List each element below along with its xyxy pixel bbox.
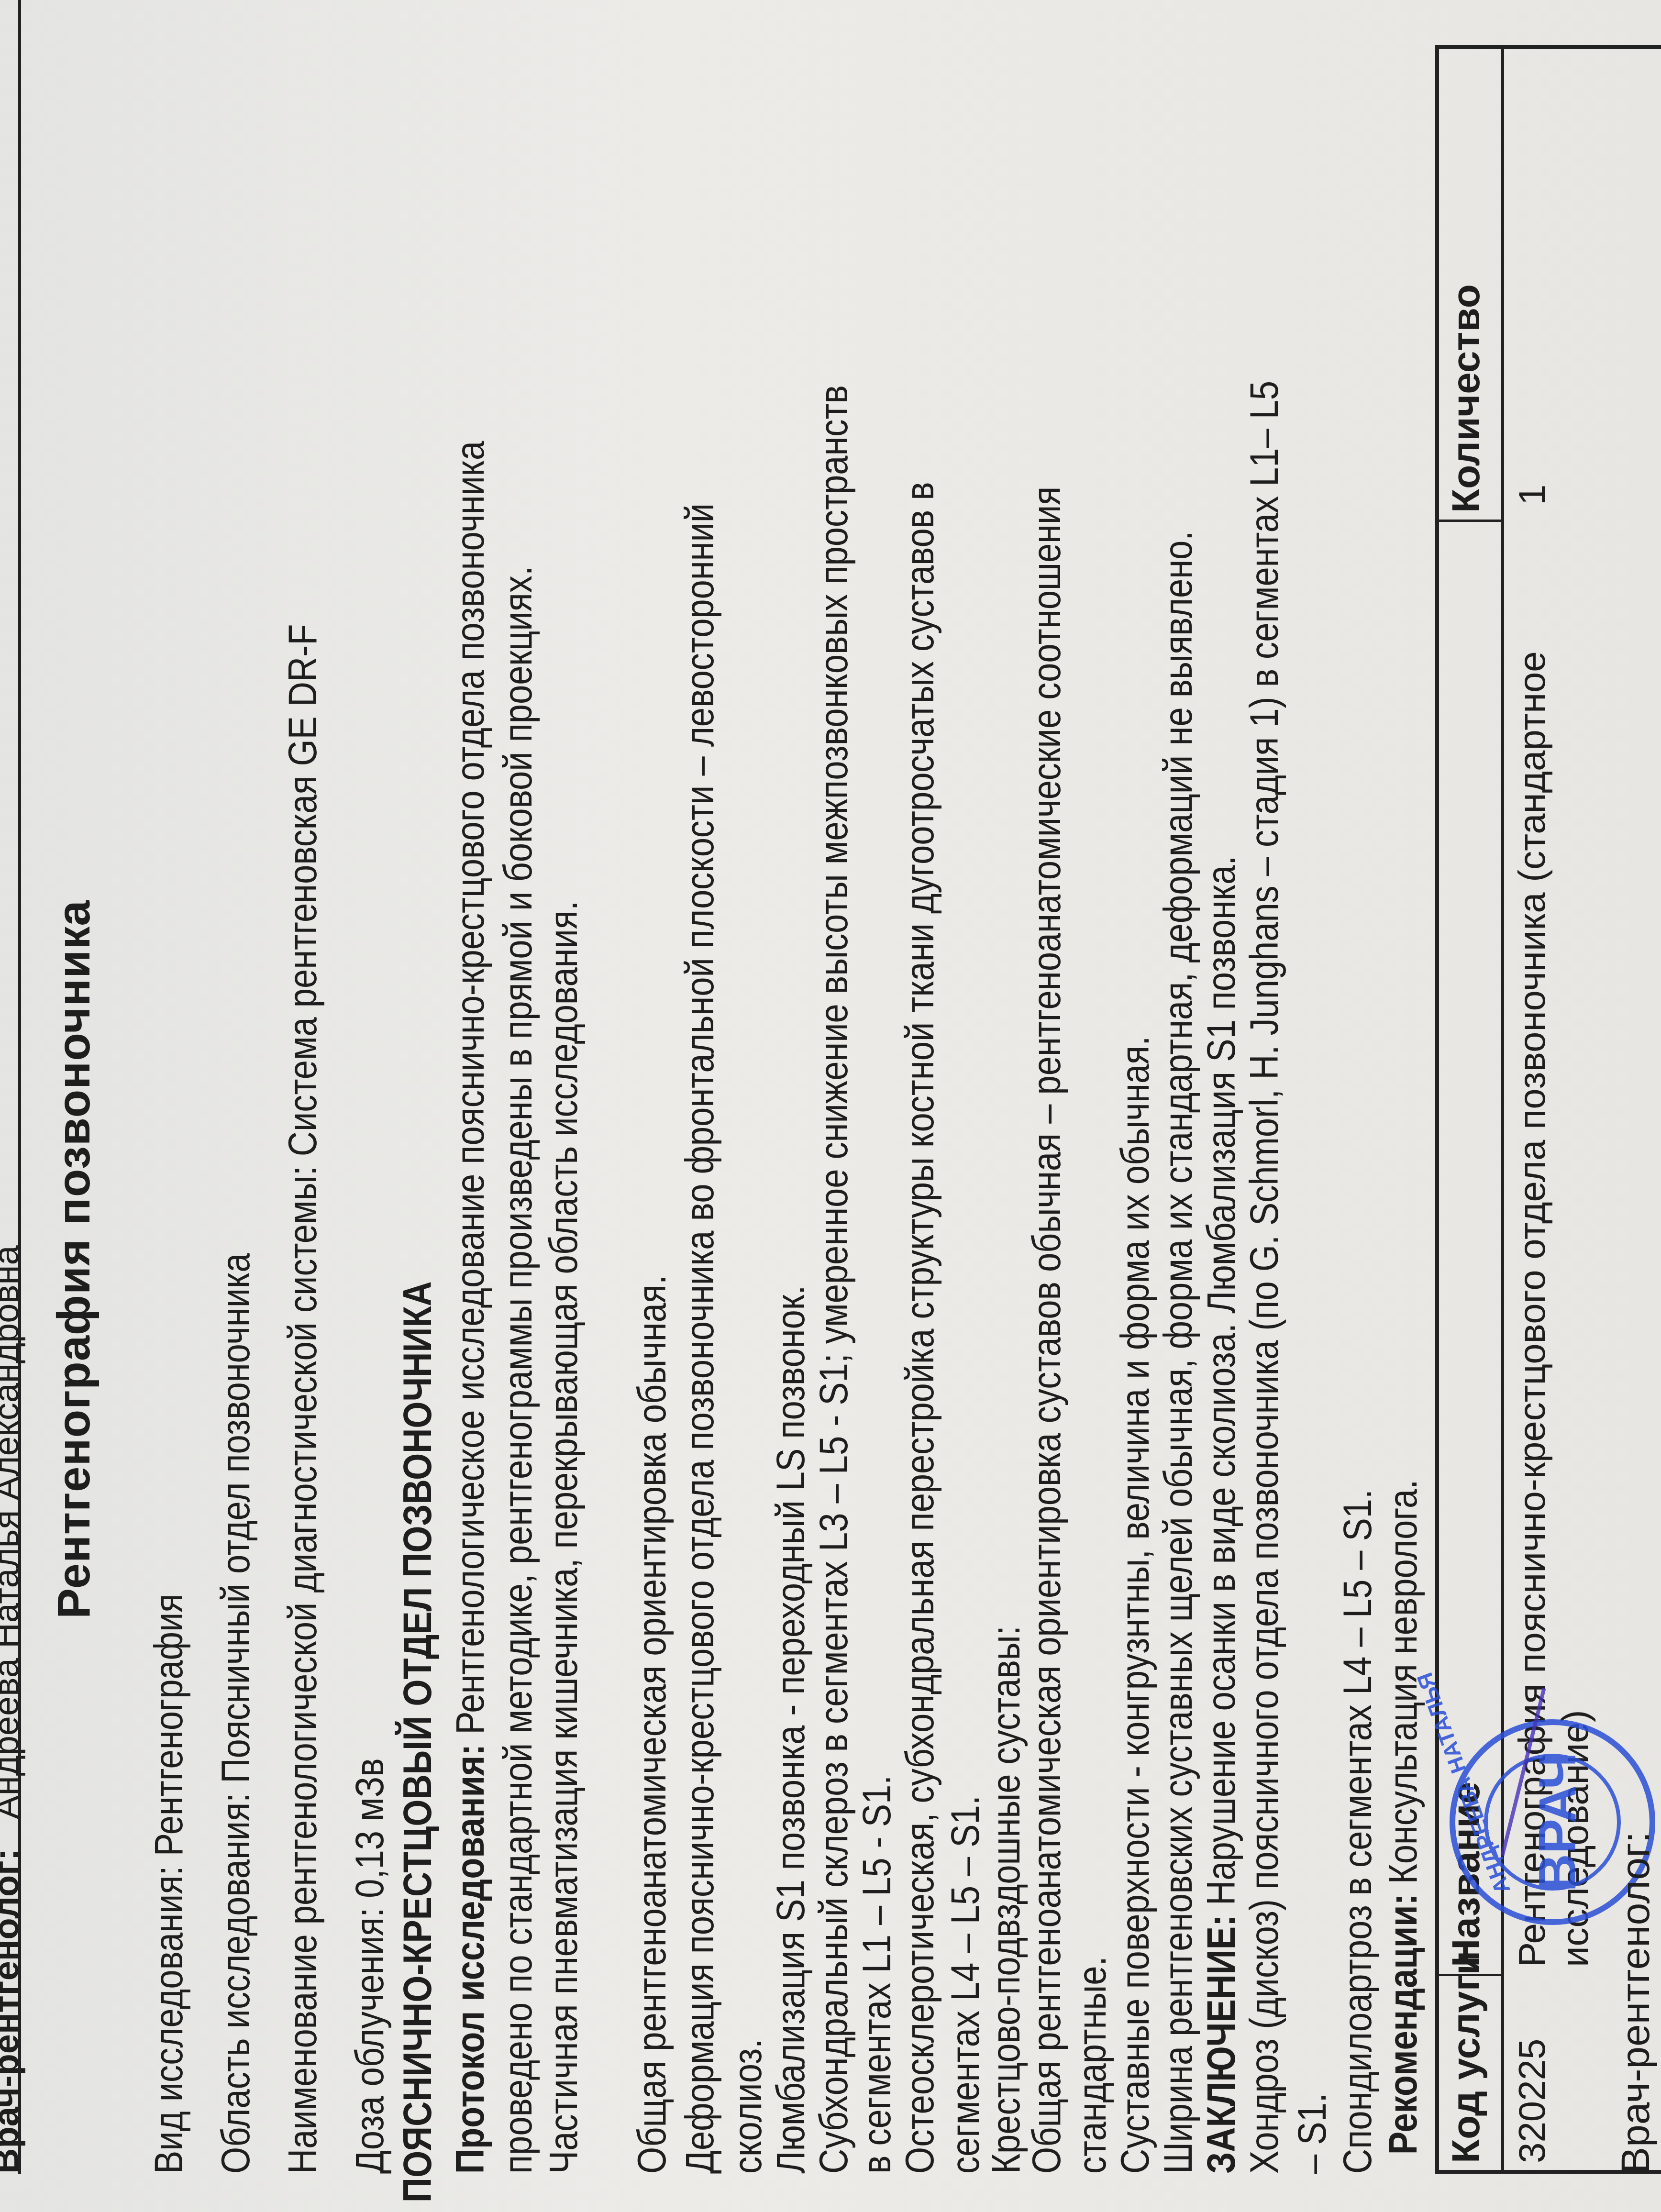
section-heading: ПОЯСНИЧНО-КРЕСТЦОВЫЙ ОТДЕЛ ПОЗВОНОЧНИКА	[397, 1281, 437, 2202]
recommendations: Рекомендации: Консультация невролога.	[1383, 1480, 1423, 2155]
finding-line: Общая рентгеноанатомическая ориентировка…	[1026, 487, 1066, 2174]
protocol-line-2: проведено по стандартной методике, рентг…	[498, 566, 538, 2174]
doctor-name: Андреева Наталья Александровна	[0, 1245, 26, 1819]
column-header-quantity: Количество	[1439, 51, 1501, 520]
finding-line: Ширина рентгеновских суставных щелей обы…	[1158, 531, 1198, 2174]
finding-line: Крестцово-подвздошные суставы:	[986, 1626, 1026, 2174]
column-header-code: Код услуги	[1439, 1974, 1501, 2170]
finding-line: Остеосклеротическая, субхондральная пере…	[899, 482, 940, 2174]
conclusion-line-4: Спондилоартроз в сегментах L4 – L5 – S1.	[1337, 1489, 1377, 2174]
finding-line: стандартные.	[1072, 1956, 1112, 2174]
finding-line: в сегментах L1 – L5 - S1.	[856, 1775, 897, 2174]
protocol-label: Протокол исследования:	[447, 1744, 492, 2174]
finding-line: сколиоз.	[727, 2039, 767, 2174]
conclusion-label: ЗАКЛЮЧЕНИЕ:	[1198, 1915, 1243, 2174]
conclusion-line-1: ЗАКЛЮЧЕНИЕ: Нарушение осанки в виде скол…	[1201, 856, 1241, 2174]
footer-signature-line: Врач-рентгенолог:	[1612, 1832, 1659, 2174]
cell-quantity: 1	[1504, 51, 1603, 520]
doctor-label: Врач-рентгенолог:	[0, 1848, 26, 2174]
stamp-center-text: ВРАЧ	[1527, 1725, 1588, 1919]
finding-line: Субхондральный склероз в сегментах L3 – …	[813, 385, 853, 2174]
field-system-name: Наименование рентгенологической диагност…	[282, 624, 322, 2174]
finding-line: Общая рентгеноанатомическая ориентировка…	[631, 1275, 672, 2174]
finding-line: Суставные поверхности - конгрузнтны, вел…	[1115, 1036, 1155, 2174]
cell-code: 320225	[1504, 1974, 1603, 2170]
protocol-line-1: Протокол исследования: Рентгенологическо…	[450, 441, 490, 2174]
field-dose: Доза облучения: 0,13 мЗв	[349, 1758, 389, 2174]
recommendations-label: Рекомендации:	[1380, 1893, 1425, 2155]
conclusion-line-2: Хондроз (дискоз) поясничного отдела позв…	[1244, 381, 1284, 2174]
finding-line: Деформация пояснично-крестцового отдела …	[679, 503, 720, 2174]
doctor-header: Врач-рентгенолог: Андреева Наталья Алекс…	[0, 1245, 26, 2174]
protocol-line-3: Частичная пневматизация кишечника, перек…	[543, 901, 583, 2174]
finding-line: сегментах L4 – L5 – S1.	[945, 1795, 985, 2174]
field-study-type: Вид исследования: Рентгенография	[148, 1594, 188, 2174]
finding-line: Люмбализация S1 позвонка - переходный LS…	[770, 1285, 810, 2174]
field-study-area: Область исследования: Поясничный отдел п…	[215, 1253, 255, 2174]
header-divider	[18, 0, 21, 2174]
conclusion-line-3: – S1.	[1292, 2093, 1332, 2174]
report-sheet: Врач-рентгенолог: Андреева Наталья Алекс…	[0, 0, 1661, 2212]
page-title: Рентгенография позвоночника	[48, 900, 100, 1619]
